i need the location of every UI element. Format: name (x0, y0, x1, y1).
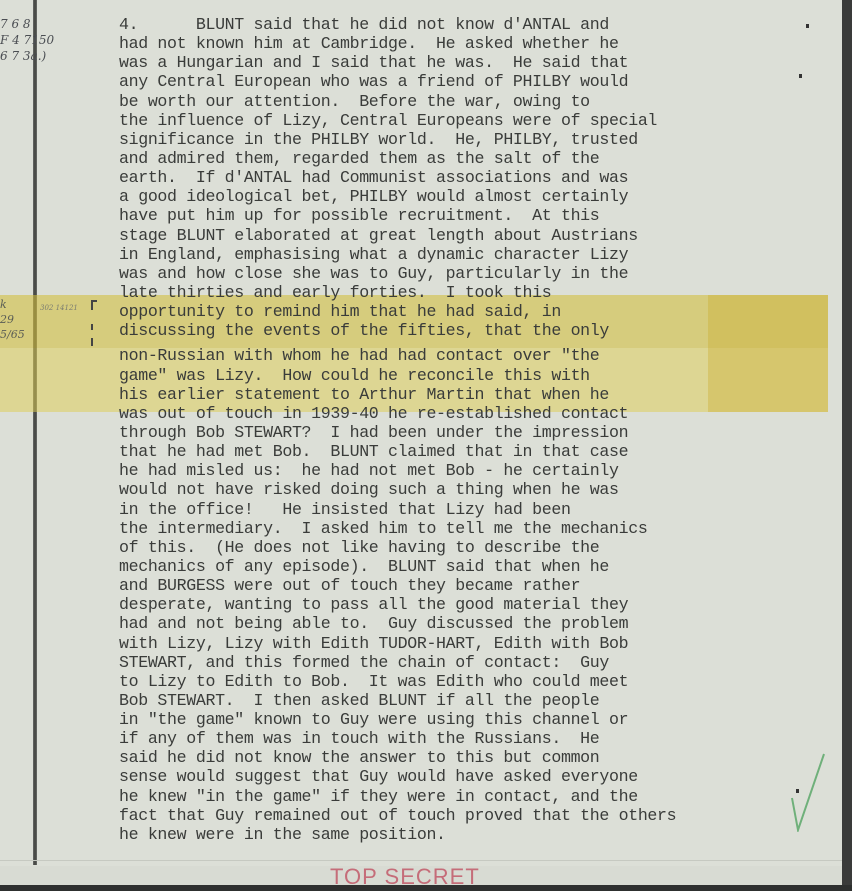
text-line: he knew "in the game" if they were in co… (119, 787, 819, 806)
text-line: significance in the PHILBY world. He, PH… (119, 130, 819, 149)
margin-rule (33, 0, 37, 865)
text-line: with Lizy, Lizy with Edith TUDOR-HART, E… (119, 634, 819, 653)
text-line: non-Russian with whom he had had contact… (119, 346, 819, 365)
text-line: stage BLUNT elaborated at great length a… (119, 226, 819, 245)
paper-fold (0, 860, 842, 861)
text-line: and BURGESS were out of touch they becam… (119, 576, 819, 595)
margin-note-small: 302 14121 (40, 304, 78, 312)
text-line: 4. BLUNT said that he did not know d'ANT… (119, 15, 819, 34)
text-line: said he did not know the answer to this … (119, 748, 819, 767)
text-line: had and not being able to. Guy discussed… (119, 614, 819, 633)
text-line: was a Hungarian and I said that he was. … (119, 53, 819, 72)
text-line: that he had met Bob. BLUNT claimed that … (119, 442, 819, 461)
text-line: STEWART, and this formed the chain of co… (119, 653, 819, 672)
margin-note-mid: k 29 5/65 (0, 297, 25, 342)
text-line: have put him up for possible recruitment… (119, 206, 819, 225)
scan-border-right (842, 0, 852, 891)
text-line: Bob STEWART. I then asked BLUNT if all t… (119, 691, 819, 710)
scan-border-bottom (0, 885, 852, 891)
text-line: and admired them, regarded them as the s… (119, 149, 819, 168)
text-line: he knew were in the same position. (119, 825, 819, 844)
text-line: sense would suggest that Guy would have … (119, 767, 819, 786)
margin-reference-numbers: 7 6 8 F 4 7150 6 7 3a.) (0, 16, 54, 64)
text-line: to Lizy to Edith to Bob. It was Edith wh… (119, 672, 819, 691)
text-line: discussing the events of the fifties, th… (119, 321, 819, 340)
text-line: through Bob STEWART? I had been under th… (119, 423, 819, 442)
text-line: had not known him at Cambridge. He asked… (119, 34, 819, 53)
text-line: late thirties and early forties. I took … (119, 283, 819, 302)
text-line: a good ideological bet, PHILBY would alm… (119, 187, 819, 206)
text-line: mechanics of any episode). BLUNT said th… (119, 557, 819, 576)
scanned-page: 7 6 8 F 4 7150 6 7 3a.) k 29 5/65 302 14… (0, 0, 852, 891)
text-line: he had misled us: he had not met Bob - h… (119, 461, 819, 480)
text-line: if any of them was in touch with the Rus… (119, 729, 819, 748)
punch-mark (806, 24, 809, 28)
text-line: his earlier statement to Arthur Martin t… (119, 385, 819, 404)
text-line: in the office! He insisted that Lizy had… (119, 500, 819, 519)
text-line: game" was Lizy. How could he reconcile t… (119, 366, 819, 385)
text-line: the intermediary. I asked him to tell me… (119, 519, 819, 538)
typed-body-text: 4. BLUNT said that he did not know d'ANT… (119, 15, 819, 844)
text-line: the influence of Lizy, Central Europeans… (119, 111, 819, 130)
text-line: earth. If d'ANTAL had Communist associat… (119, 168, 819, 187)
text-line: was and how close she was to Guy, partic… (119, 264, 819, 283)
text-line: in England, emphasising what a dynamic c… (119, 245, 819, 264)
text-line: opportunity to remind him that he had sa… (119, 302, 819, 321)
text-line: fact that Guy remained out of touch prov… (119, 806, 819, 825)
text-line: of this. (He does not like having to des… (119, 538, 819, 557)
text-line: in "the game" known to Guy were using th… (119, 710, 819, 729)
text-line: would not have risked doing such a thing… (119, 480, 819, 499)
text-line: be worth our attention. Before the war, … (119, 92, 819, 111)
text-line: was out of touch in 1939-40 he re-establ… (119, 404, 819, 423)
check-mark-icon (788, 752, 828, 832)
punch-mark (799, 74, 802, 78)
margin-bracket (91, 300, 94, 350)
text-line: desperate, wanting to pass all the good … (119, 595, 819, 614)
text-line: any Central European who was a friend of… (119, 72, 819, 91)
